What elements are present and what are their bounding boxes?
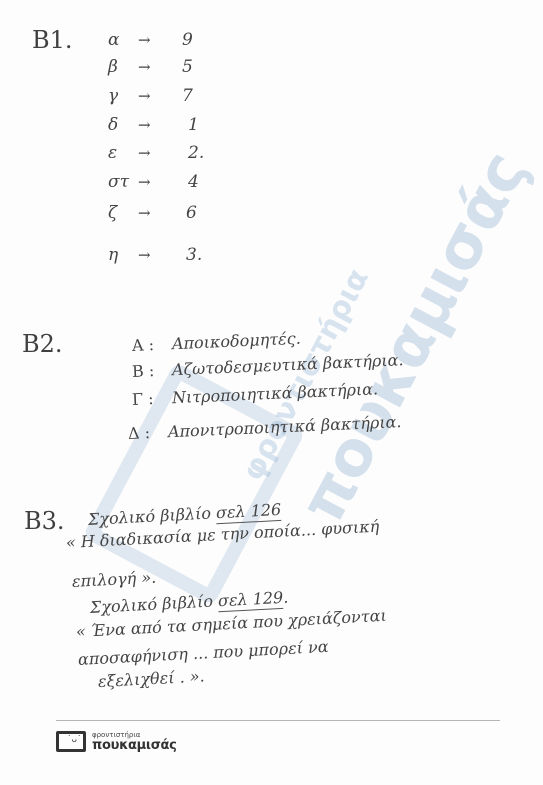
b2-key: Α : bbox=[132, 334, 173, 355]
b1-item: στ→4 bbox=[108, 172, 199, 192]
b2-key: Γ : bbox=[132, 388, 173, 409]
b1-item: δ→1 bbox=[108, 115, 199, 135]
b1-letter: ε bbox=[108, 143, 138, 163]
arrow-right-icon: → bbox=[138, 31, 182, 49]
b3-page-reference: σελ 129 bbox=[217, 588, 283, 612]
section-b3-label: Β3. bbox=[24, 507, 65, 535]
arrow-right-icon: → bbox=[138, 144, 182, 162]
b2-key: Δ : bbox=[128, 422, 169, 443]
b3-text: Σχολικό βιβλίο bbox=[90, 591, 219, 617]
b1-item: ε→2. bbox=[108, 143, 204, 163]
b3-text: επιλογή ». bbox=[72, 568, 157, 591]
b1-value: 2. bbox=[188, 143, 204, 163]
watermark-text-big: πουκαμισάς bbox=[285, 140, 541, 534]
b2-text: Νιτροποιητικά βακτήρια. bbox=[172, 379, 379, 407]
section-b1-label: Β1. bbox=[32, 26, 73, 54]
b1-value: 4 bbox=[188, 172, 199, 192]
b1-letter: β bbox=[108, 57, 138, 77]
b1-value: 3. bbox=[186, 245, 202, 265]
section-b2-label: Β2. bbox=[22, 330, 63, 358]
arrow-right-icon: → bbox=[138, 246, 182, 264]
footer-divider bbox=[56, 720, 500, 721]
b1-letter: γ bbox=[108, 86, 138, 106]
arrow-right-icon: → bbox=[138, 116, 182, 134]
b2-text: Αζωτοδεσμευτικά βακτήρια. bbox=[172, 350, 404, 379]
b2-text: Απονιτροποιητικά βακτήρια. bbox=[168, 412, 402, 441]
b3-text: . bbox=[283, 588, 289, 607]
arrow-right-icon: → bbox=[138, 87, 182, 105]
b1-item: η→3. bbox=[108, 245, 202, 265]
b1-letter: δ bbox=[108, 115, 138, 135]
b2-key: Β : bbox=[132, 360, 173, 381]
b1-value: 9 bbox=[182, 30, 193, 50]
b1-item: β→5 bbox=[108, 57, 193, 77]
b3-text: αποσαφήνιση ... που μπορεί να bbox=[78, 637, 329, 669]
b1-value: 7 bbox=[182, 86, 193, 106]
footer-logo: ˙ᴗ˙ φροντιστήρια πουκαμισάς bbox=[56, 731, 177, 752]
b1-value: 6 bbox=[186, 203, 197, 223]
b1-letter: ζ bbox=[108, 203, 138, 223]
b2-item: Γ :Νιτροποιητικά βακτήρια. bbox=[132, 379, 379, 409]
b1-item: γ→7 bbox=[108, 86, 193, 106]
b1-value: 5 bbox=[182, 57, 193, 77]
arrow-right-icon: → bbox=[138, 58, 182, 76]
b3-line: αποσαφήνιση ... που μπορεί να bbox=[78, 637, 329, 669]
b2-item: Δ :Απονιτροποιητικά βακτήρια. bbox=[128, 412, 402, 443]
logo-smiley-icon: ˙ᴗ˙ bbox=[56, 731, 86, 752]
b1-item: ζ→6 bbox=[108, 203, 197, 223]
arrow-right-icon: → bbox=[138, 173, 182, 191]
b2-item: Β :Αζωτοδεσμευτικά βακτήρια. bbox=[132, 350, 404, 381]
b2-item: Α :Αποικοδομητές. bbox=[132, 329, 302, 355]
b2-text: Αποικοδομητές. bbox=[172, 329, 302, 354]
b1-letter: στ bbox=[108, 172, 138, 192]
b3-page-reference: σελ 126 bbox=[215, 500, 281, 524]
b3-line: εξελιχθεί . ». bbox=[98, 666, 206, 691]
arrow-right-icon: → bbox=[138, 204, 182, 222]
b3-text: εξελιχθεί . ». bbox=[98, 666, 206, 691]
logo-title: πουκαμισάς bbox=[92, 739, 177, 752]
b1-item: α→9 bbox=[108, 30, 193, 50]
b1-value: 1 bbox=[188, 115, 199, 135]
b3-line: επιλογή ». bbox=[72, 568, 157, 591]
document-page: φροντιστήρια πουκαμισάς Β1. α→9β→5γ→7δ→1… bbox=[0, 0, 543, 785]
b1-letter: η bbox=[108, 245, 138, 265]
b1-letter: α bbox=[108, 30, 138, 50]
